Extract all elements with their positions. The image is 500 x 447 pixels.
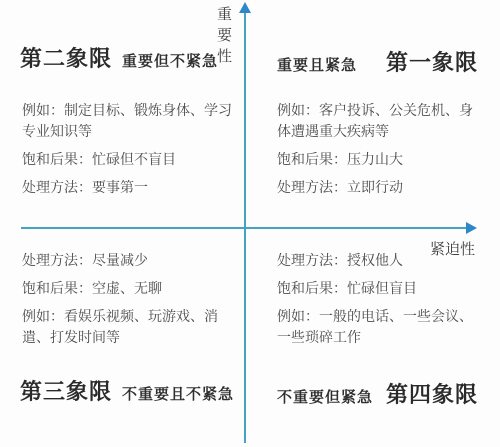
quadrant-3-body: 处理方法：尽量减少 饱和后果：空虚、无聊 例如：看娱乐视频、玩游戏、消遣、打发时…	[22, 250, 240, 355]
arrow-right-icon	[466, 222, 477, 234]
arrow-up-icon	[239, 2, 251, 13]
quadrant-4-body: 处理方法：授权他人 饱和后果：忙碌但盲目 例如：一般的电话、一些会议、一些琐碎工…	[277, 250, 483, 355]
quadrant-1-consequence-line: 饱和后果：压力山大	[277, 149, 481, 170]
quadrant-4-consequence-line: 饱和后果：忙碌但盲目	[277, 278, 483, 299]
quadrant-3-subtitle: 不重要且不紧急	[122, 383, 234, 404]
quadrant-1-title: 第一象限	[386, 46, 478, 77]
quadrant-4-example-line: 例如：一般的电话、一些会议、一些琐碎工作	[277, 306, 483, 348]
quadrant-3-example-line: 例如：看娱乐视频、玩游戏、消遣、打发时间等	[22, 306, 240, 348]
quadrant-3-method-line: 处理方法：尽量减少	[22, 250, 240, 271]
quadrant-2-example-line: 例如：制定目标、锻炼身体、学习专业知识等	[22, 100, 240, 142]
quadrant-2-subtitle: 重要但不紧急	[122, 50, 218, 71]
quadrant-1-body: 例如：客户投诉、公关危机、身体遭遇重大疾病等 饱和后果：压力山大 处理方法：立即…	[277, 100, 481, 205]
quadrant-matrix-diagram: 重要性 紧迫性 第二象限 重要但不紧急 例如：制定目标、锻炼身体、学习专业知识等…	[0, 0, 500, 447]
quadrant-4-title: 第四象限	[386, 378, 478, 409]
quadrant-2-title: 第二象限	[20, 42, 112, 73]
quadrant-3-title: 第三象限	[20, 375, 112, 406]
quadrant-2-consequence-line: 饱和后果：忙碌但不盲目	[22, 149, 240, 170]
quadrant-1-method-line: 处理方法：立即行动	[277, 177, 481, 198]
quadrant-2-body: 例如：制定目标、锻炼身体、学习专业知识等 饱和后果：忙碌但不盲目 处理方法：要事…	[22, 100, 240, 205]
quadrant-1-example-line: 例如：客户投诉、公关危机、身体遭遇重大疾病等	[277, 100, 481, 142]
quadrant-4-method-line: 处理方法：授权他人	[277, 250, 483, 271]
quadrant-1-subtitle: 重要且紧急	[277, 54, 357, 75]
quadrant-4-title-row: 不重要但紧急 第四象限	[277, 378, 478, 409]
quadrant-1-title-row: 重要且紧急 第一象限	[277, 46, 478, 77]
quadrant-4-subtitle: 不重要但紧急	[277, 386, 373, 407]
quadrant-3-title-row: 第三象限 不重要且不紧急	[20, 375, 248, 406]
quadrant-2-method-line: 处理方法：要事第一	[22, 177, 240, 198]
quadrant-3-consequence-line: 饱和后果：空虚、无聊	[22, 278, 240, 299]
urgency-axis-line	[21, 227, 469, 229]
quadrant-2-title-row: 第二象限 重要但不紧急	[20, 42, 238, 73]
